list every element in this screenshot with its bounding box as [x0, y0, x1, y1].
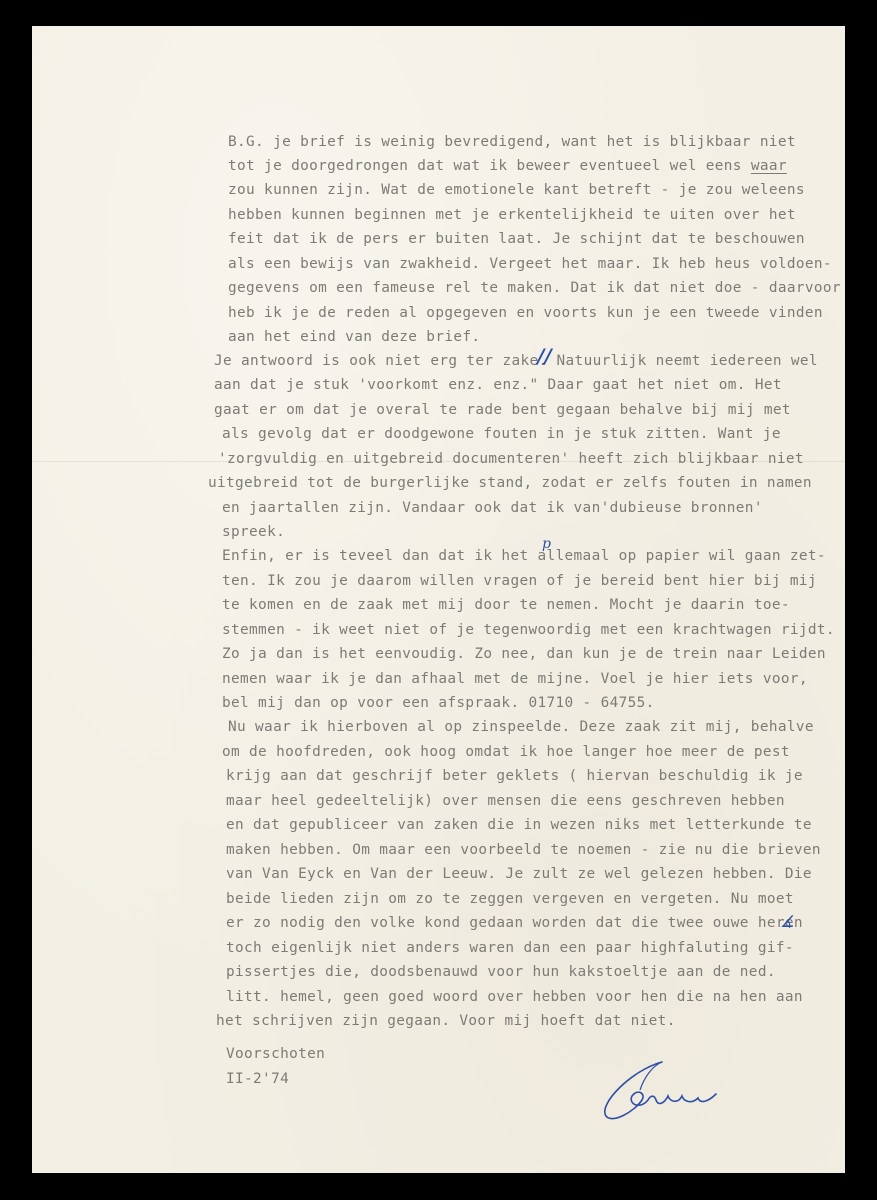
- letter-line-3: zou kunnen zijn. Wat de emotionele kant …: [228, 181, 805, 199]
- letter-line-15: uitgebreid tot de burgerlijke stand, zod…: [208, 474, 812, 492]
- letter-line-7: gegevens om een fameuse rel te maken. Da…: [228, 279, 841, 297]
- letter-line-24: bel mij dan op voor een afspraak. 01710 …: [222, 694, 655, 712]
- letter-line-23: nemen waar ik je dan afhaal met de mijne…: [222, 670, 808, 688]
- letter-line-11: aan dat je stuk 'voorkomt enz. enz." Daa…: [214, 376, 782, 394]
- letter-line-37: het schrijven zijn gegaan. Voor mij hoef…: [216, 1012, 676, 1030]
- letter-line-5: feit dat ik de pers er buiten laat. Je s…: [228, 230, 805, 248]
- letter-line-2: tot je doorgedrongen dat wat ik beweer e…: [228, 157, 787, 175]
- letter-line-14: 'zorgvuldig en uitgebreid documenteren' …: [218, 450, 804, 468]
- letter-line-17: spreek.: [222, 523, 285, 541]
- place-line: Voorschoten: [226, 1045, 325, 1063]
- letter-line-12: gaat er om dat je overal te rade bent ge…: [214, 401, 791, 419]
- letter-line-8: heb ik je de reden al opgegeven en voort…: [228, 304, 823, 322]
- letter-line-10: Je antwoord is ook niet erg ter zake. Na…: [214, 352, 818, 370]
- letter-line-34: toch eigenlijk niet anders waren dan een…: [226, 939, 794, 957]
- pen-margin-mark: ∡: [780, 912, 794, 931]
- letter-line-19: ten. Ik zou je daarom willen vragen of j…: [222, 572, 817, 590]
- letter-line-28: maar heel gedeeltelijk) over mensen die …: [226, 792, 785, 810]
- letter-line-29: en dat gepubliceer van zaken die in weze…: [226, 816, 812, 834]
- pen-correction-mark: //: [537, 344, 552, 368]
- letter-line-6: als een bewijs van zwakheid. Vergeet het…: [228, 255, 832, 273]
- letter-line-4: hebben kunnen beginnen met je erkentelij…: [228, 206, 796, 224]
- letter-line-35: pissertjes die, doodsbenauwd voor hun ka…: [226, 963, 776, 981]
- letter-line-32: beide lieden zijn om zo te zeggen vergev…: [226, 890, 794, 908]
- letter-line-20: te komen en de zaak met mij door te neme…: [222, 596, 790, 614]
- pen-insert-p: p: [542, 536, 551, 552]
- letter-line-25: Nu waar ik hierboven al op zinspeelde. D…: [228, 718, 814, 736]
- letter-line-31: van Van Eyck en Van der Leeuw. Je zult z…: [226, 865, 812, 883]
- underlined-word: waar: [751, 158, 787, 174]
- letter-page: B.G. je brief is weinig bevredigend, wan…: [32, 26, 845, 1173]
- letter-line-16: en jaartallen zijn. Vandaar ook dat ik v…: [222, 499, 763, 517]
- letter-line-26: om de hoofdreden, ook hoog omdat ik hoe …: [222, 743, 790, 761]
- letter-line-13: als gevolg dat er doodgewone fouten in j…: [222, 425, 781, 443]
- letter-line-30: maken hebben. Om maar een voorbeeld te n…: [226, 841, 821, 859]
- letter-line-36: litt. hemel, geen goed woord over hebben…: [226, 988, 803, 1006]
- letter-line-1: B.G. je brief is weinig bevredigend, wan…: [228, 133, 796, 151]
- letter-line-27: krijg aan dat geschrijf beter geklets ( …: [226, 767, 803, 785]
- date-line: II-2'74: [226, 1070, 289, 1088]
- letter-line-18: Enfin, er is teveel dan dat ik het allem…: [222, 547, 826, 565]
- letter-line-22: Zo ja dan is het eenvoudig. Zo nee, dan …: [222, 645, 826, 663]
- letter-line-21: stemmen - ik weet niet of je tegenwoordi…: [222, 621, 835, 639]
- letter-line-2-text: tot je doorgedrongen dat wat ik beweer e…: [228, 158, 751, 174]
- signature-clara: [592, 1056, 752, 1126]
- letter-line-33: er zo nodig den volke kond gedaan worden…: [226, 914, 803, 932]
- letter-line-9: aan het eind van deze brief.: [228, 328, 480, 346]
